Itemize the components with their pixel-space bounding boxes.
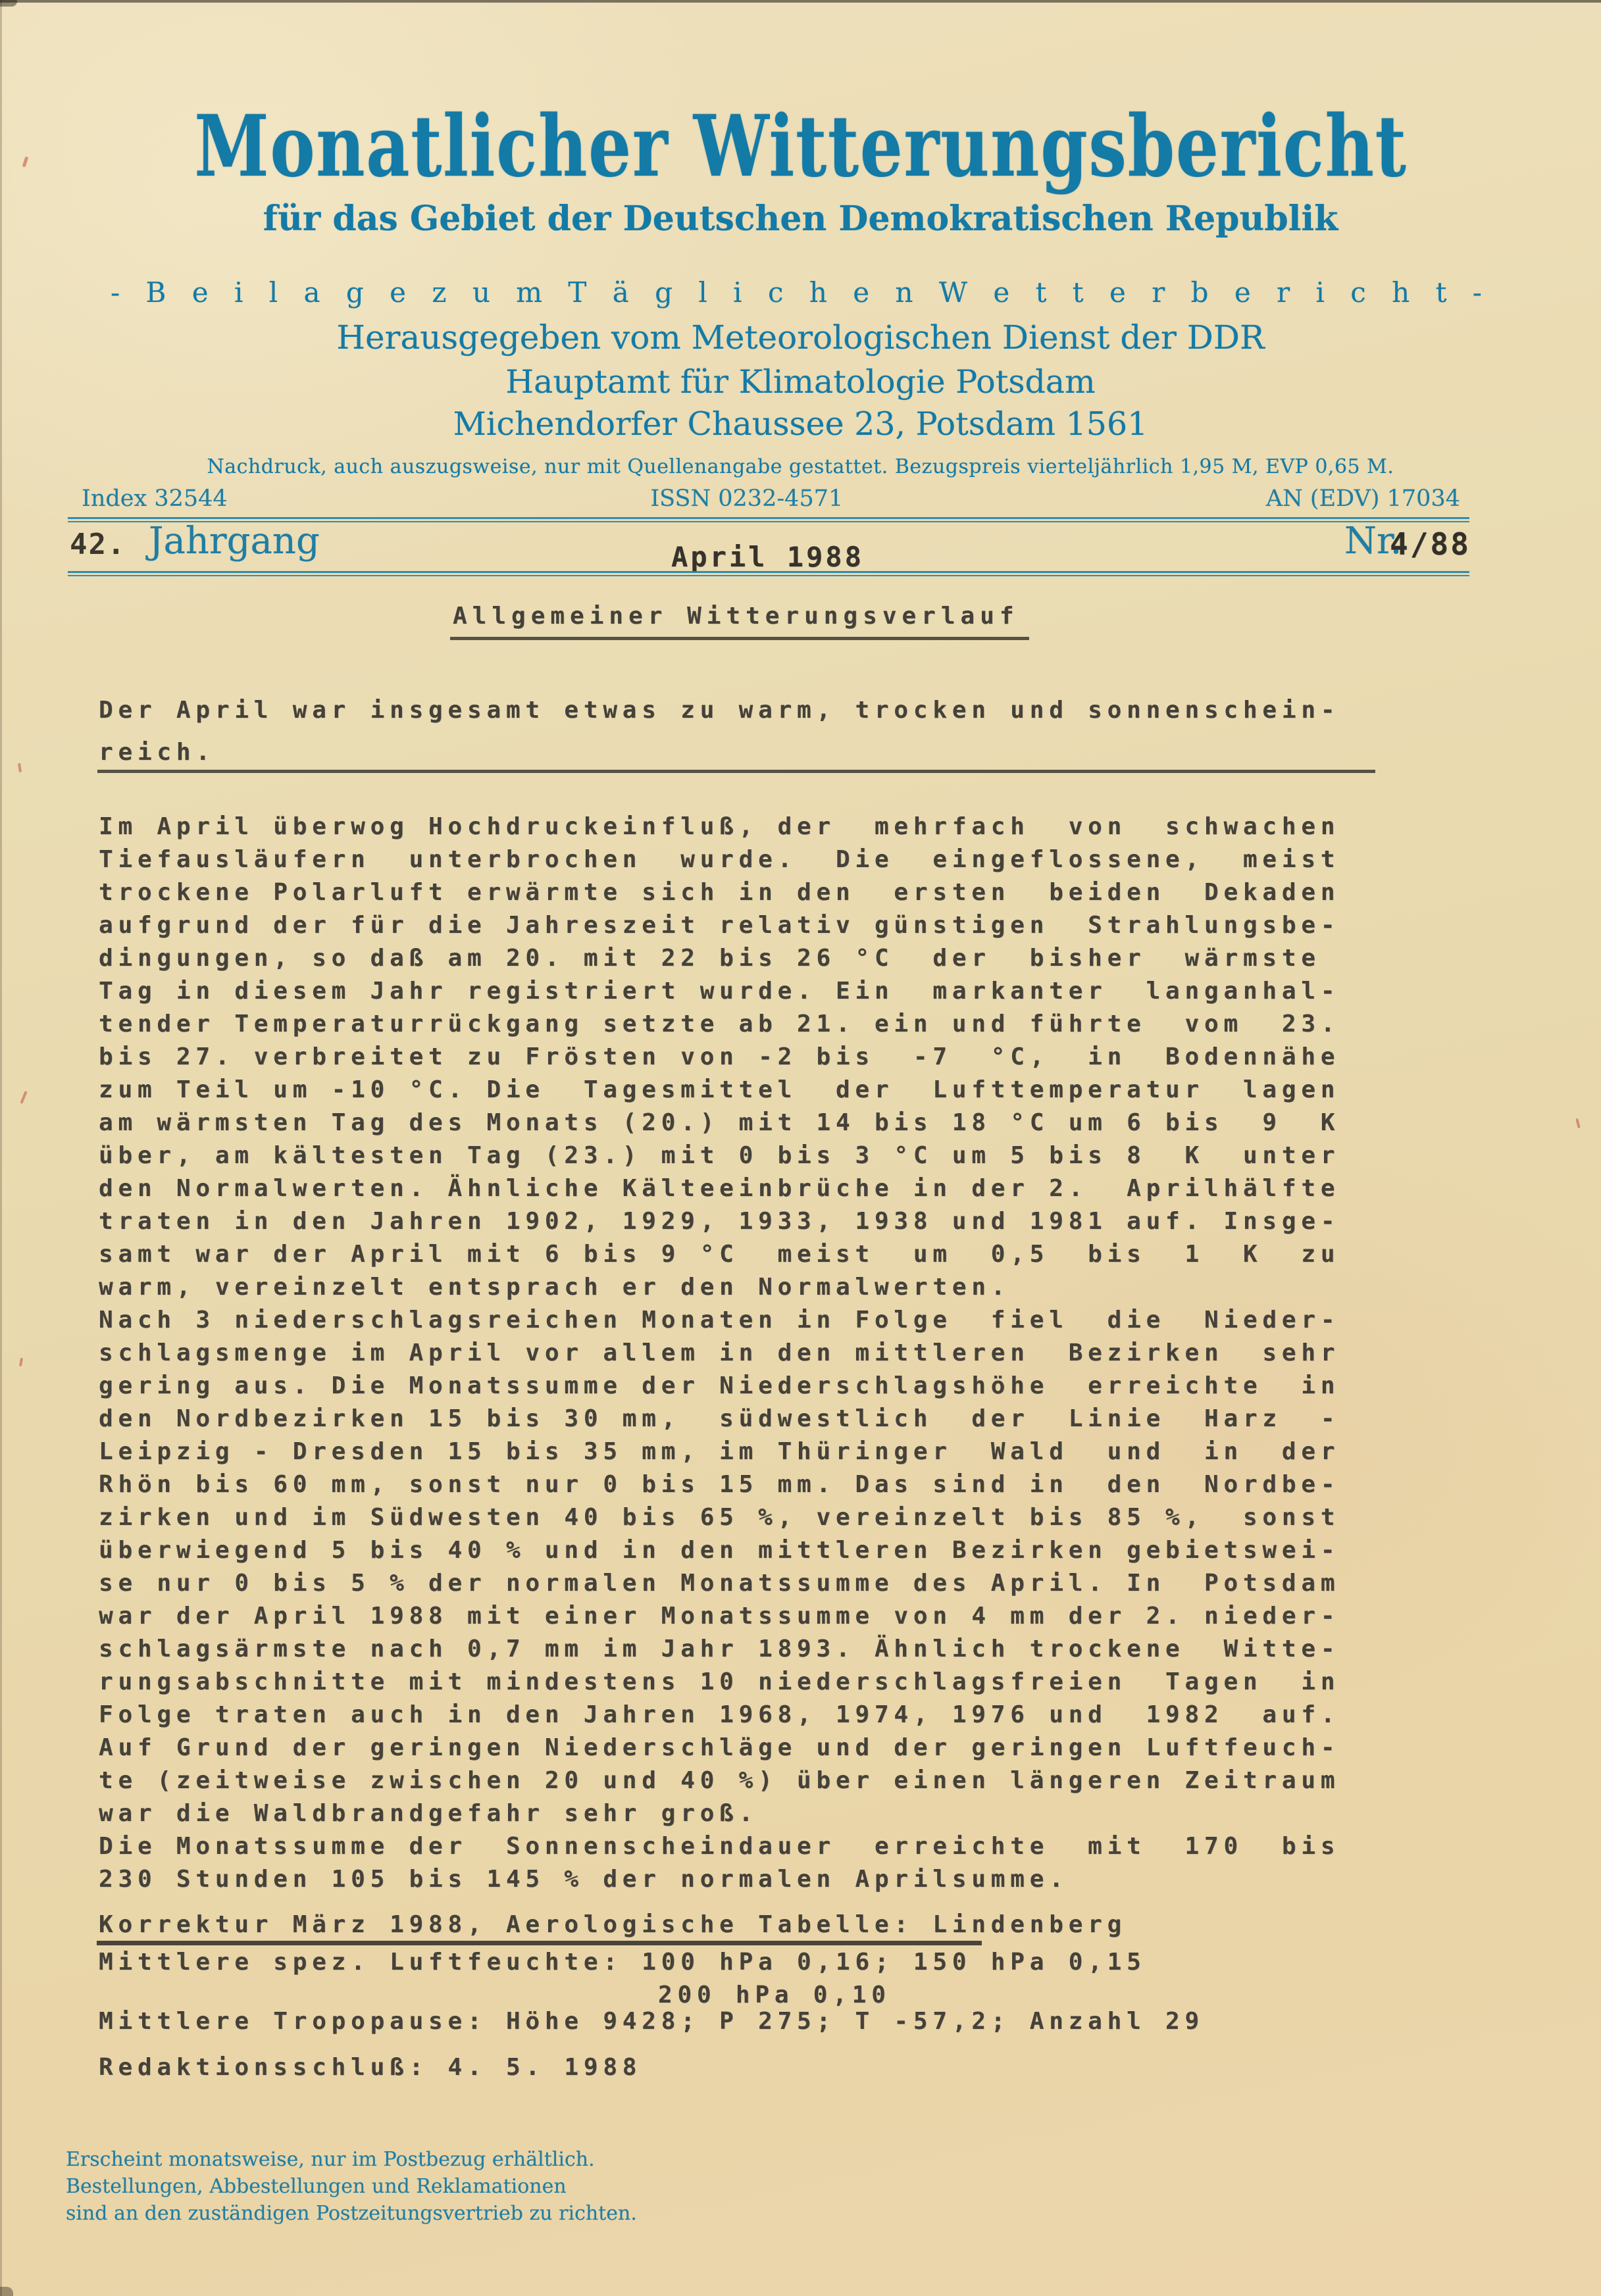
publisher-line-3: Michendorfer Chaussee 23, Potsdam 1561 <box>0 405 1601 443</box>
copyright-line: Nachdruck, auch auszugsweise, nur mit Qu… <box>0 455 1601 478</box>
lead-line: Der April war insgesamt etwas zu warm, t… <box>99 689 1340 732</box>
body-line: schlagsmenge im April vor allem in den m… <box>99 1337 1340 1370</box>
meta-row: Index 32544 ISSN 0232-4571 AN (EDV) 1703… <box>82 486 1460 512</box>
body-line: samt war der April mit 6 bis 9 °C meist … <box>99 1238 1340 1271</box>
scan-edge-top <box>0 0 1601 3</box>
volume-word: Jahrgang <box>149 520 320 562</box>
correction-heading: Korrektur März 1988, Aerologische Tabell… <box>99 1911 1127 1938</box>
volume-number: 42. <box>70 528 126 561</box>
body-line: aufgrund der für die Jahreszeit relativ … <box>99 909 1340 942</box>
scan-corner-top-left <box>0 0 17 7</box>
body-line: zum Teil um -10 °C. Die Tagesmittel der … <box>99 1074 1340 1107</box>
body-line: schlagsärmste nach 0,7 mm im Jahr 1893. … <box>99 1633 1340 1666</box>
body-line: rungsabschnitte mit mindestens 10 nieder… <box>99 1666 1340 1699</box>
body-line: Die Monatssumme der Sonnenscheindauer er… <box>99 1830 1340 1863</box>
lead-underline <box>97 770 1375 773</box>
horizontal-rule-bottom <box>68 571 1469 577</box>
body-line: Im April überwog Hochdruckeinfluß, der m… <box>99 811 1340 843</box>
supplement-line: - B e i l a g e z u m T ä g l i c h e n … <box>0 276 1601 309</box>
publisher-line-1: Herausgegeben vom Meteorologischen Diens… <box>0 318 1601 357</box>
body-line: war die Waldbrandgefahr sehr groß. <box>99 1797 1340 1830</box>
bulletin-subtitle: für das Gebiet der Deutschen Demokratisc… <box>0 199 1601 239</box>
body-line: warm, vereinzelt entsprach er den Normal… <box>99 1271 1340 1304</box>
scan-corner-bottom-left <box>0 2287 13 2296</box>
footer-line: Erscheint monatsweise, nur im Postbezug … <box>66 2146 637 2173</box>
body-line: dingungen, so daß am 20. mit 22 bis 26 °… <box>99 942 1340 975</box>
body-line: 230 Stunden 105 bis 145 % der normalen A… <box>99 1863 1340 1896</box>
issue-nr-value: 4/88 <box>1390 526 1471 562</box>
body-line: über, am kältesten Tag (23.) mit 0 bis 3… <box>99 1139 1340 1172</box>
subscription-footer: Erscheint monatsweise, nur im Postbezug … <box>66 2146 637 2227</box>
lead-summary: Der April war insgesamt etwas zu warm, t… <box>99 689 1340 774</box>
scanned-weather-bulletin-page: Monatlicher Witterungsbericht für das Ge… <box>0 0 1601 2296</box>
footer-line: Bestellungen, Abbestellungen und Reklama… <box>66 2173 637 2200</box>
body-line: traten in den Jahren 1902, 1929, 1933, 1… <box>99 1205 1340 1238</box>
scan-mark <box>18 763 22 772</box>
bulletin-title: Monatlicher Witterungsbericht <box>0 97 1601 196</box>
body-line: am wärmsten Tag des Monats (20.) mit 14 … <box>99 1107 1340 1139</box>
report-body: Im April überwog Hochdruckeinfluß, der m… <box>99 811 1340 1896</box>
correction-underline <box>97 1941 982 1945</box>
body-line: Folge traten auch in den Jahren 1968, 19… <box>99 1699 1340 1732</box>
issue-month: April 1988 <box>671 541 864 573</box>
footer-line: sind an den zuständigen Postzeitungsvert… <box>66 2200 637 2227</box>
body-line: Rhön bis 60 mm, sonst nur 0 bis 15 mm. D… <box>99 1468 1340 1501</box>
scan-mark <box>1575 1118 1581 1129</box>
section-heading-underline <box>450 637 1029 640</box>
correction-line-2: 200 hPa 0,10 <box>658 1982 891 2009</box>
index-number: Index 32544 <box>82 486 228 512</box>
body-line: gering aus. Die Monatssumme der Niedersc… <box>99 1370 1340 1403</box>
body-line: den Normalwerten. Ähnliche Kälteeinbrüch… <box>99 1172 1340 1205</box>
body-line: te (zeitweise zwischen 20 und 40 %) über… <box>99 1764 1340 1797</box>
correction-line-3: Mittlere Tropopause: Höhe 9428; P 275; T… <box>99 2008 1204 2035</box>
body-line: war der April 1988 mit einer Monatssumme… <box>99 1600 1340 1633</box>
bulletin-title-text: Monatlicher Witterungsbericht <box>194 97 1407 196</box>
publisher-line-2: Hauptamt für Klimatologie Potsdam <box>0 363 1601 401</box>
body-line: Auf Grund der geringen Niederschläge und… <box>99 1732 1340 1764</box>
scan-mark <box>19 1358 23 1366</box>
body-line: se nur 0 bis 5 % der normalen Monatssumm… <box>99 1567 1340 1600</box>
body-line: zirken und im Südwesten 40 bis 65 %, ver… <box>99 1501 1340 1534</box>
body-line: den Nordbezirken 15 bis 30 mm, südwestli… <box>99 1403 1340 1435</box>
body-line: Leipzig - Dresden 15 bis 35 mm, im Thüri… <box>99 1435 1340 1468</box>
issn-number: ISSN 0232-4571 <box>650 486 843 512</box>
body-line: tender Temperaturrückgang setzte ab 21. … <box>99 1008 1340 1041</box>
body-line: Tag in diesem Jahr registriert wurde. Ei… <box>99 975 1340 1008</box>
body-line: bis 27. verbreitet zu Frösten von -2 bis… <box>99 1041 1340 1074</box>
scan-mark <box>20 1091 27 1104</box>
editorial-deadline: Redaktionsschluß: 4. 5. 1988 <box>99 2054 642 2081</box>
body-line: trockene Polarluft erwärmte sich in den … <box>99 876 1340 909</box>
body-line: überwiegend 5 bis 40 % und in den mittle… <box>99 1534 1340 1567</box>
section-heading: Allgemeiner Witterungsverlauf <box>453 603 1019 630</box>
body-line: Tiefausläufern unterbrochen wurde. Die e… <box>99 843 1340 876</box>
body-line: Nach 3 niederschlagsreichen Monaten in F… <box>99 1304 1340 1337</box>
lead-line: reich. <box>99 732 1340 774</box>
an-edv-number: AN (EDV) 17034 <box>1266 486 1460 512</box>
correction-line-1: Mittlere spez. Luftfeuchte: 100 hPa 0,16… <box>99 1949 1146 1976</box>
